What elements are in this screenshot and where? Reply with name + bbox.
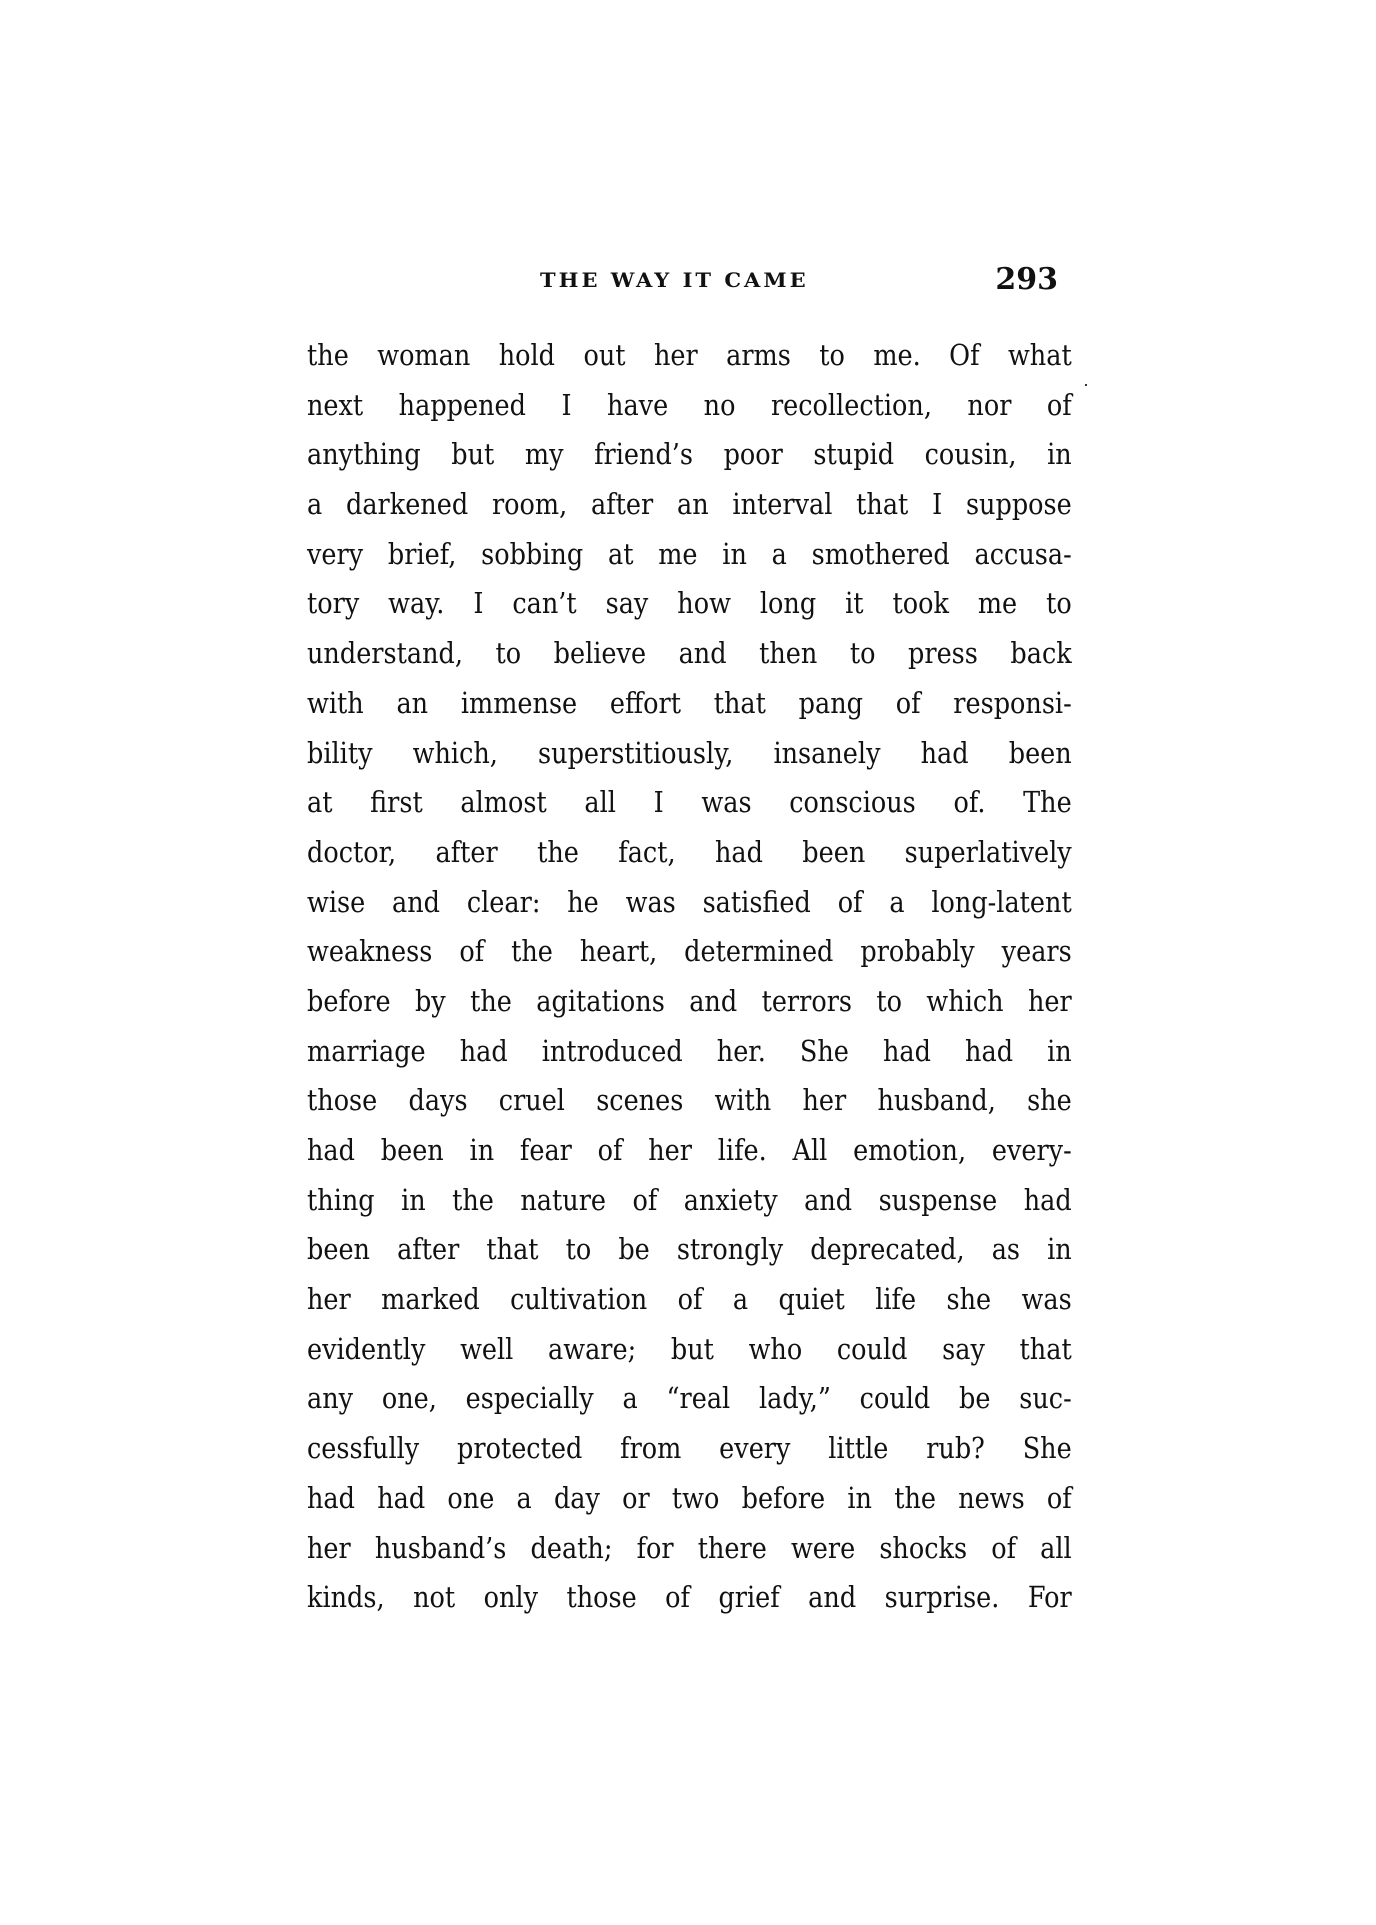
text-line: a darkened room, after an interval that … — [307, 480, 1072, 530]
text-line: her marked cultivation of a quiet life s… — [307, 1275, 1072, 1325]
text-line: very brief, sobbing at me in a smothered… — [307, 530, 1072, 580]
text-line: been after that to be strongly deprecate… — [307, 1225, 1072, 1275]
text-line: wise and clear: he was satisfied of a lo… — [307, 878, 1072, 928]
text-line: kinds, not only those of grief and surpr… — [307, 1573, 1072, 1623]
text-line: doctor, after the fact, had been superla… — [307, 828, 1072, 878]
body-text: the woman hold out her arms to me. Of wh… — [307, 331, 1072, 1623]
text-line: with an immense effort that pang of resp… — [307, 679, 1072, 729]
text-line: at first almost all I was conscious of. … — [307, 778, 1072, 828]
text-line: the woman hold out her arms to me. Of wh… — [307, 331, 1072, 381]
page-number: 293 — [995, 262, 1058, 297]
text-line: before by the agitations and terrors to … — [307, 977, 1072, 1027]
text-line: cessfully protected from every little ru… — [307, 1424, 1072, 1474]
text-line: had been in fear of her life. All emotio… — [307, 1126, 1072, 1176]
text-line: anything but my friend’s poor stupid cou… — [307, 430, 1072, 480]
text-line: understand, to believe and then to press… — [307, 629, 1072, 679]
text-line: bility which, superstitiously, insanely … — [307, 729, 1072, 779]
text-line: had had one a day or two before in the n… — [307, 1474, 1072, 1524]
text-line: evidently well aware; but who could say … — [307, 1325, 1072, 1375]
text-line: thing in the nature of anxiety and suspe… — [307, 1176, 1072, 1226]
text-line: tory way. I can’t say how long it took m… — [307, 579, 1072, 629]
text-line: any one, especially a “real lady,” could… — [307, 1374, 1072, 1424]
running-title: THE WAY IT CAME — [540, 268, 809, 292]
book-page: THE WAY IT CAME 293 the woman hold out h… — [0, 0, 1376, 1925]
text-line: those days cruel scenes with her husband… — [307, 1076, 1072, 1126]
text-line: weakness of the heart, determined probab… — [307, 927, 1072, 977]
text-line: her husband’s death; for there were shoc… — [307, 1524, 1072, 1574]
text-line: next happened I have no recollection, no… — [307, 381, 1072, 431]
scan-speck — [1085, 384, 1087, 386]
running-head: THE WAY IT CAME 293 — [307, 262, 1072, 302]
text-line: marriage had introduced her. She had had… — [307, 1027, 1072, 1077]
